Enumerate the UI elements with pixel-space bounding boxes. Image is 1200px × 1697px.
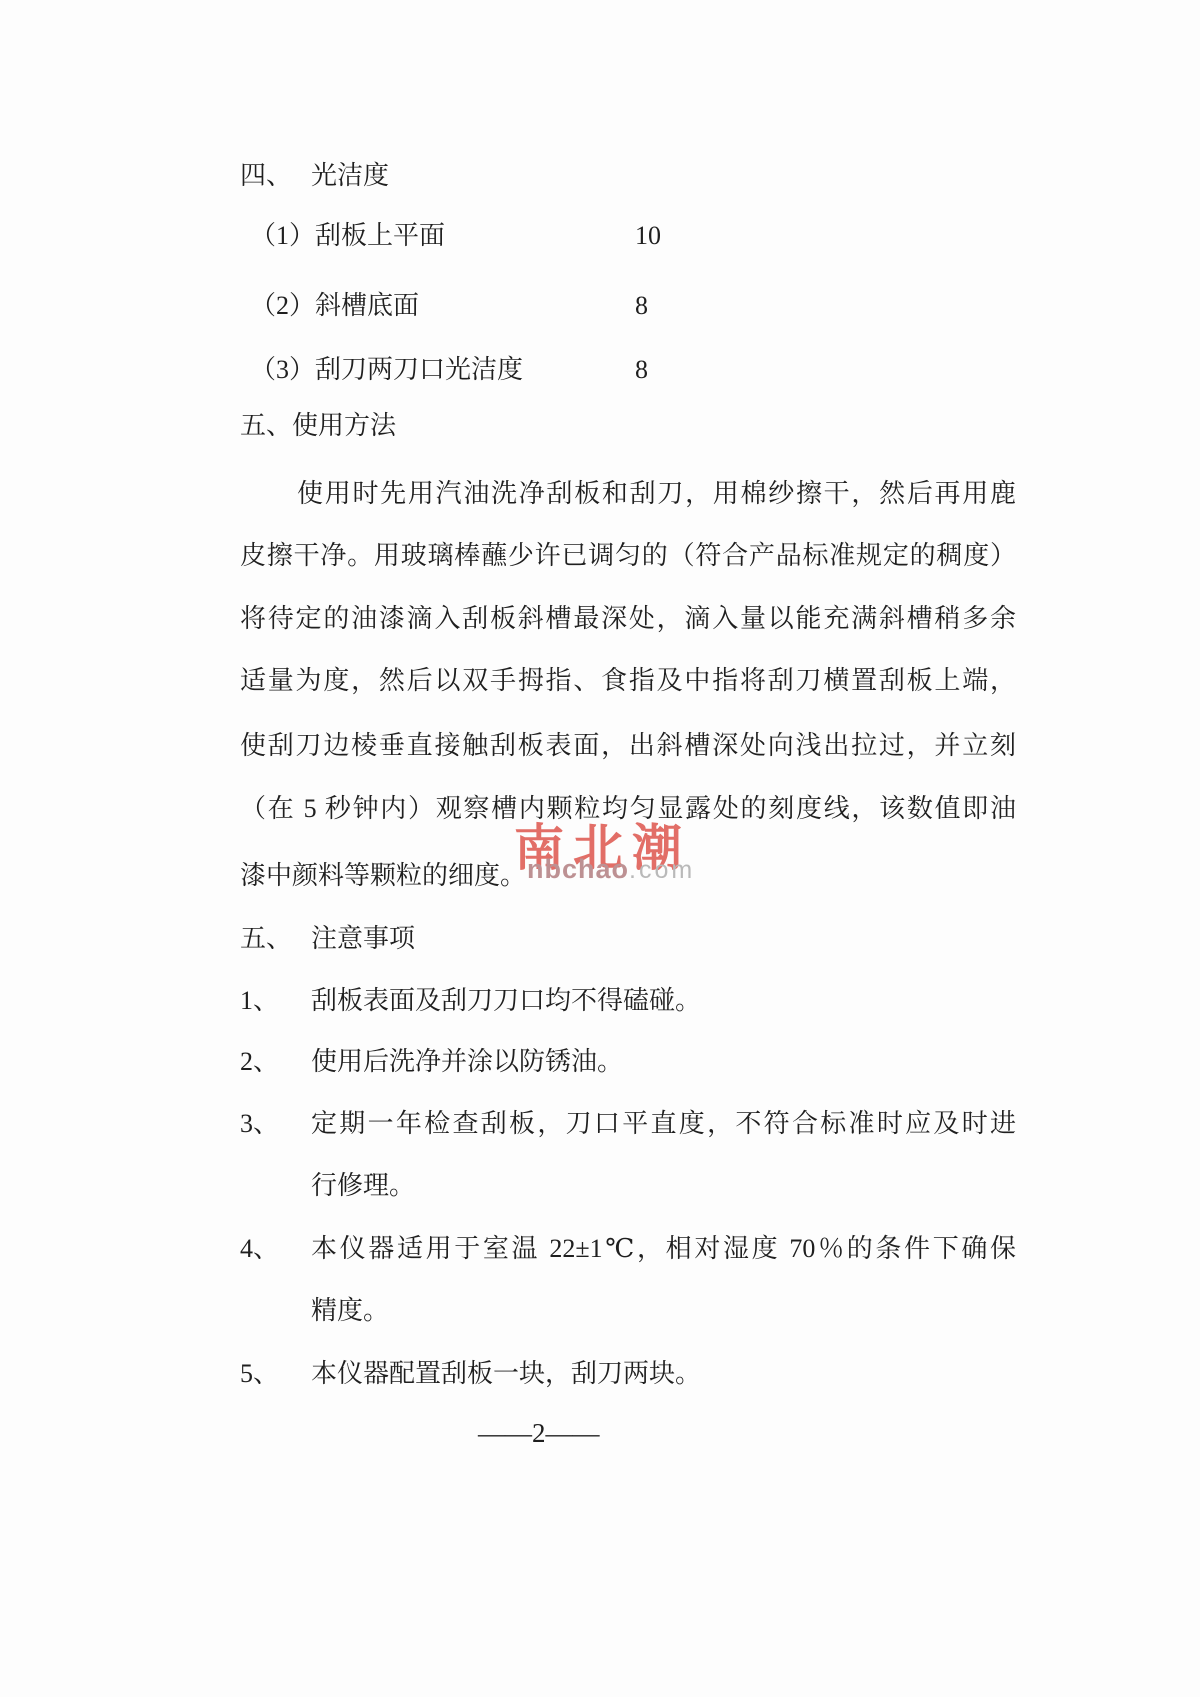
note-item-number: 1、: [240, 983, 311, 1027]
note-item: 2、 使用后洗净并涂以防锈油。: [240, 1044, 1016, 1088]
note-item-number: 2、: [240, 1044, 311, 1088]
note-item: 1、 刮板表面及刮刀刀口均不得磕碰。: [240, 983, 1016, 1027]
section-notes-number: 五、: [240, 921, 311, 957]
spec-item-value: 8: [635, 352, 648, 388]
page-number: ——2——: [478, 1418, 600, 1449]
section-finish-number: 四、: [240, 158, 311, 194]
note-item-number: 5、: [240, 1356, 311, 1400]
note-item-continuation: 精度。: [240, 1293, 1016, 1337]
section-finish-heading: 四、光洁度: [240, 158, 1016, 202]
note-item: 3、 定期一年检查刮板，刀口平直度，不符合标准时应及时进: [240, 1106, 1016, 1150]
spec-item: （3）刮刀两刀口光洁度 8: [240, 352, 1016, 396]
note-item-text: 使用后洗净并涂以防锈油。: [311, 1044, 1016, 1088]
paragraph-line: 皮擦干净。用玻璃棒蘸少许已调匀的（符合产品标准规定的稠度）: [240, 538, 1016, 582]
note-item-continuation: 行修理。: [240, 1168, 1016, 1212]
note-item-number: 4、: [240, 1231, 311, 1275]
spec-item: （1）刮板上平面 10: [240, 218, 1016, 262]
paragraph-line: 适量为度，然后以双手拇指、食指及中指将刮刀横置刮板上端，: [240, 663, 1016, 707]
spec-item-label: （2）斜槽底面: [250, 291, 419, 320]
paragraph-line: 使刮刀边棱垂直接触刮板表面，出斜槽深处向浅出拉过，并立刻: [240, 728, 1016, 772]
note-item: 5、 本仪器配置刮板一块，刮刀两块。: [240, 1356, 1016, 1400]
section-notes-heading: 五、注意事项: [240, 921, 1016, 965]
note-item-text: 定期一年检查刮板，刀口平直度，不符合标准时应及时进: [311, 1106, 1016, 1150]
spec-item-value: 10: [635, 218, 661, 254]
paragraph-line: 将待定的油漆滴入刮板斜槽最深处，滴入量以能充满斜槽稍多余: [240, 601, 1016, 645]
section-usage-heading: 五、使用方法: [240, 408, 1016, 452]
note-item-number: 3、: [240, 1106, 311, 1150]
paragraph-line: 漆中颜料等颗粒的细度。: [240, 858, 1016, 902]
section-notes-title: 注意事项: [311, 924, 415, 953]
section-finish-title: 光洁度: [311, 161, 389, 190]
note-item: 4、 本仪器适用于室温 22±1℃，相对湿度 70％的条件下确保: [240, 1231, 1016, 1275]
spec-item-label: （3）刮刀两刀口光洁度: [250, 355, 523, 384]
note-item-text: 本仪器配置刮板一块，刮刀两块。: [311, 1356, 1016, 1400]
paragraph-line: 使用时先用汽油洗净刮板和刮刀，用棉纱擦干，然后再用鹿: [240, 476, 1016, 520]
document-page: 南北潮 nbchao.com 四、光洁度 （1）刮板上平面 10 （2）斜槽底面…: [0, 0, 1200, 1697]
note-item-text: 刮板表面及刮刀刀口均不得磕碰。: [311, 983, 1016, 1027]
paragraph-line: （在 5 秒钟内）观察槽内颗粒均匀显露处的刻度线，该数值即油: [240, 791, 1016, 835]
spec-item: （2）斜槽底面 8: [240, 288, 1016, 332]
spec-item-label: （1）刮板上平面: [250, 221, 445, 250]
note-item-text: 本仪器适用于室温 22±1℃，相对湿度 70％的条件下确保: [311, 1231, 1016, 1275]
spec-item-value: 8: [635, 288, 648, 324]
